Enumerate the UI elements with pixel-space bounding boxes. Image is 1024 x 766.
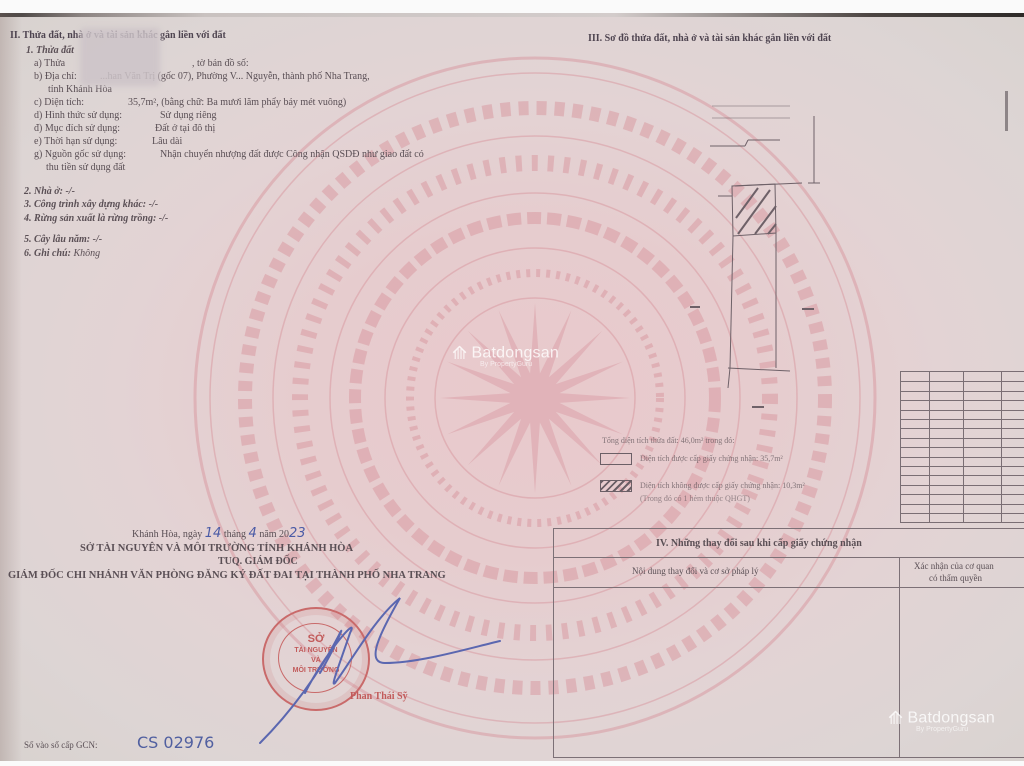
notes-item: 6. Ghi chú: Không — [24, 248, 100, 260]
usage-form-value: Sử dụng riêng — [160, 110, 217, 122]
usage-purpose-value: Đất ở tại đô thị — [155, 123, 215, 135]
issue-month: 4 — [249, 526, 257, 541]
issue-year: 23 — [289, 526, 306, 541]
usage-form-label: d) Hình thức sử dụng: — [34, 110, 122, 122]
section4-title: IV. Những thay đổi sau khi cấp giấy chứn… — [656, 538, 862, 550]
coordinate-table — [900, 371, 1024, 523]
plot-number-label: a) Thửa — [34, 58, 65, 70]
section3-title: III. Sơ đồ thửa đất, nhà ở và tài sản kh… — [588, 33, 831, 45]
watermark-logo-icon: ⟰ — [452, 343, 467, 363]
other-construction-item: 3. Công trình xây dựng khác: -/- — [24, 199, 158, 211]
usage-origin-label: g) Nguồn gốc sử dụng: — [34, 149, 126, 161]
changes-col-confirm-line2: có thẩm quyền — [929, 572, 982, 584]
usage-purpose-label: đ) Mục đích sử dụng: — [34, 123, 120, 135]
changes-col-content: Nội dung thay đổi và cơ sở pháp lý — [632, 565, 759, 577]
legend-granted-text: Diện tích được cấp giấy chứng nhận: 35,7… — [640, 453, 783, 465]
watermark-center: ⟰ Batdongsan By PropertyGuru — [452, 343, 559, 368]
usage-origin-value-line2: thu tiền sử dụng đất — [46, 162, 125, 174]
notes-label: 6. Ghi chú: — [24, 248, 71, 259]
registry-label: Số vào sổ cấp GCN: — [24, 739, 98, 751]
watermark-corner-logo-icon: ⟰ — [888, 708, 903, 728]
usage-term-label: e) Thời hạn sử dụng: — [34, 136, 117, 148]
house-item: 2. Nhà ở: -/- — [24, 186, 75, 198]
perennial-trees-item: 5. Cây lâu năm: -/- — [24, 234, 102, 246]
top-margin — [0, 0, 1024, 13]
changes-col-confirm-line1: Xác nhận của cơ quan — [914, 560, 994, 572]
usage-origin-value: Nhận chuyển nhượng đất được Công nhận QS… — [160, 149, 424, 161]
land-plot-diagram — [690, 98, 840, 418]
notes-value: Không — [73, 248, 100, 259]
paper-edge — [0, 13, 1024, 17]
legend-not-granted-note: (Trong đó có 1 hẻm thuộc QHGT) — [640, 493, 750, 505]
issuing-organization: SỞ TÀI NGUYÊN VÀ MÔI TRƯỜNG TỈNH KHÁNH H… — [80, 543, 353, 555]
issue-day: 14 — [205, 526, 222, 541]
director-position: GIÁM ĐỐC CHI NHÁNH VĂN PHÒNG ĐĂNG KÝ ĐẤT… — [8, 570, 446, 582]
area-value: 35,7m², (bằng chữ: Ba mươi lăm phẩy bảy … — [128, 97, 346, 109]
legend-not-granted-swatch — [600, 480, 632, 492]
usage-term-value: Lâu dài — [152, 136, 182, 148]
watermark-corner: ⟰ Batdongsan By PropertyGuru — [888, 708, 995, 733]
redacted-area — [80, 28, 160, 86]
legend-not-granted-text: Diện tích không được cấp giấy chứng nhận… — [640, 480, 805, 492]
total-area-text: Tổng diện tích thửa đất: 46,0m² trong đó… — [602, 435, 735, 447]
land-certificate-page: II. Thửa đất, nhà ở và tài sản khác gắn … — [0, 13, 1024, 761]
registry-number: CS 02976 — [137, 733, 214, 753]
tuq-director: TUQ. GIÁM ĐỐC — [218, 556, 298, 568]
production-forest-item: 4. Rừng sản xuất là rừng trồng: -/- — [24, 213, 168, 225]
issue-date: Khánh Hòa, ngày 14 tháng 4 năm 2023 — [132, 528, 306, 541]
map-sheet-label: , tờ bản đồ số: — [192, 58, 249, 70]
area-label: c) Diện tích: — [34, 97, 84, 109]
bottom-margin — [0, 761, 1024, 766]
paper-shadow — [0, 13, 22, 761]
section2-item1-title: 1. Thửa đất — [26, 45, 74, 57]
signer-name: Phan Thái Sỹ — [350, 691, 408, 703]
page-edge-mark — [1005, 91, 1008, 131]
legend-granted-swatch — [600, 453, 632, 465]
address-label: b) Địa chỉ: — [34, 71, 77, 83]
handwritten-signature — [250, 593, 510, 753]
